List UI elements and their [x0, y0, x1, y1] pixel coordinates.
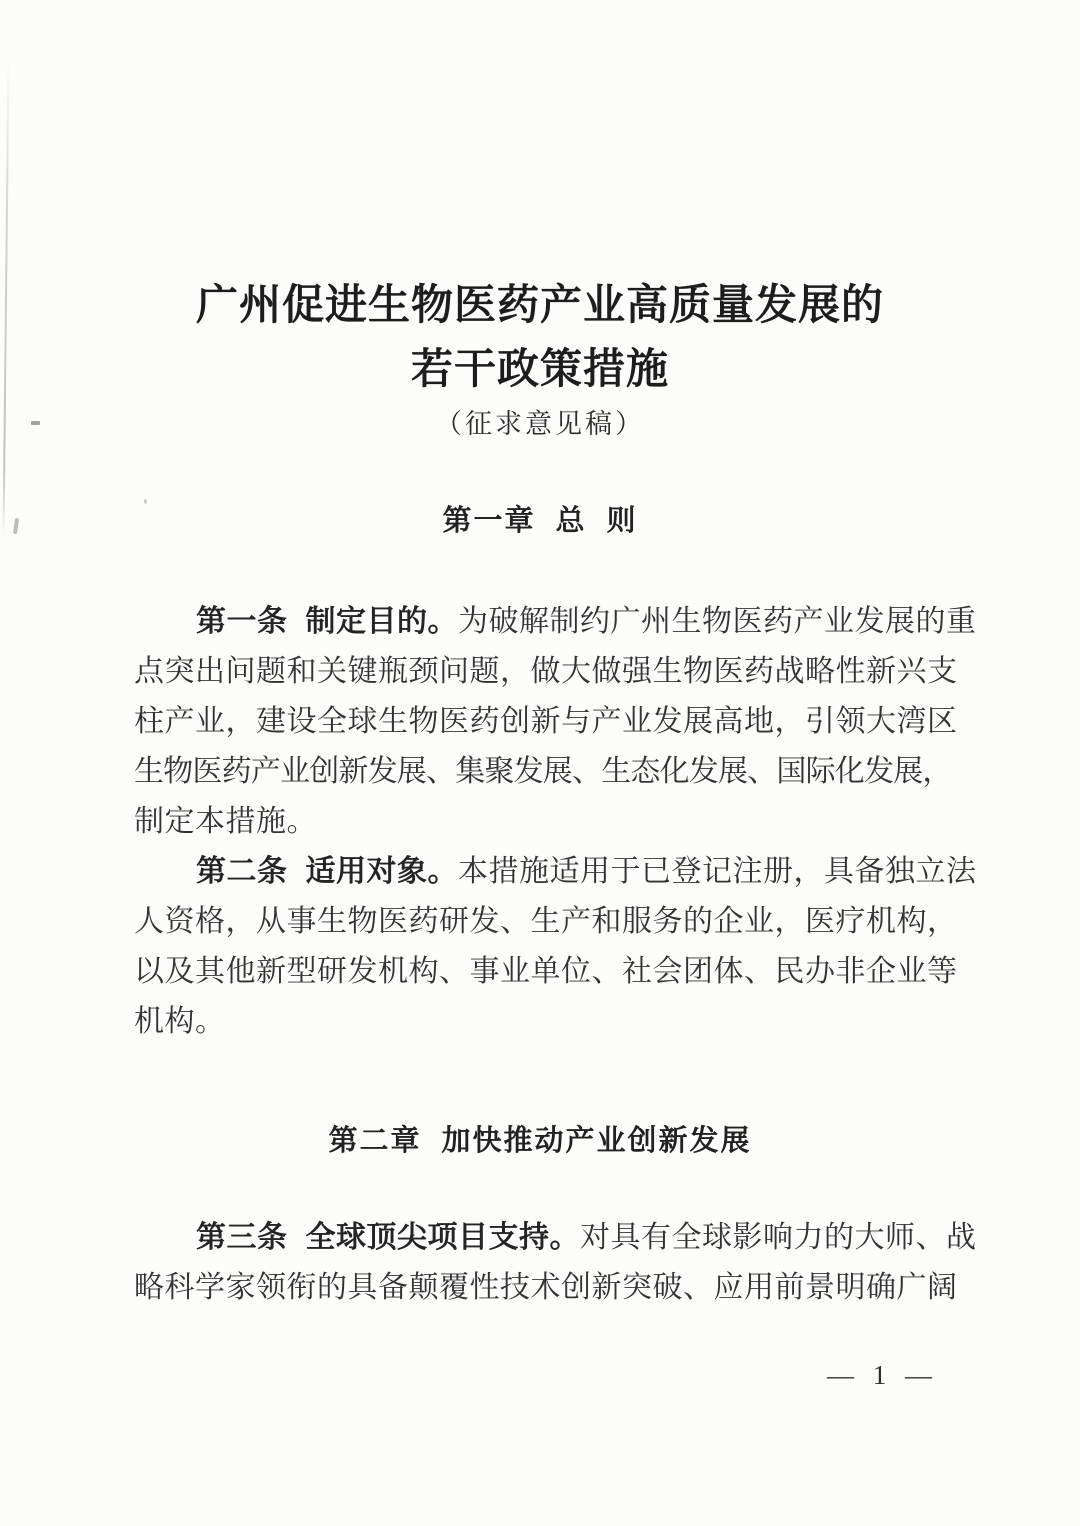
article-3-lead: 第三条 全球顶尖项目支持。	[196, 1221, 580, 1254]
page-number: — 1 —	[827, 1360, 938, 1391]
article-3-line-2: 略科学家领衔的具备颠覆性技术创新突破、应用前景明确广阔	[134, 1263, 952, 1313]
article-2-line-2: 人资格，从事生物医药研发、生产和服务的企业，医疗机构，	[134, 897, 952, 947]
chapter-2-heading: 第二章 加快推动产业创新发展	[0, 1118, 1080, 1159]
document-page: 广州促进生物医药产业高质量发展的 若干政策措施 （征求意见稿） 第一章 总 则 …	[0, 0, 1080, 1526]
document-subtitle: （征求意见稿）	[0, 402, 1080, 441]
document-body: 第一条 制定目的。为破解制约广州生物医药产业发展的重 点突出问题和关键瓶颈问题，…	[134, 597, 952, 1047]
article-1-line-5: 制定本措施。	[134, 797, 952, 847]
article-2: 第二条 适用对象。本措施适用于已登记注册，具备独立法 人资格，从事生物医药研发、…	[134, 847, 952, 1047]
article-2-line-1-text: 本措施适用于已登记注册，具备独立法	[458, 855, 977, 888]
article-1-line-2: 点突出问题和关键瓶颈问题，做大做强生物医药战略性新兴支	[134, 647, 952, 697]
article-1-line-4: 生物医药产业创新发展、集聚发展、生态化发展、国际化发展，	[134, 747, 952, 797]
article-2-line-1: 第二条 适用对象。本措施适用于已登记注册，具备独立法	[134, 847, 952, 897]
article-2-lead: 第二条 适用对象。	[196, 855, 458, 888]
chapter-1-heading: 第一章 总 则	[0, 498, 1080, 539]
document-body-continued: 第三条 全球顶尖项目支持。对具有全球影响力的大师、战 略科学家领衔的具备颠覆性技…	[134, 1213, 952, 1313]
article-1-lead: 第一条 制定目的。	[196, 605, 458, 638]
article-3: 第三条 全球顶尖项目支持。对具有全球影响力的大师、战 略科学家领衔的具备颠覆性技…	[134, 1213, 952, 1313]
article-1-line-1-text: 为破解制约广州生物医药产业发展的重	[458, 605, 977, 638]
article-2-line-4: 机构。	[134, 997, 952, 1047]
article-2-line-3: 以及其他新型研发机构、事业单位、社会团体、民办非企业等	[134, 947, 952, 997]
document-title-line-2: 若干政策措施	[0, 342, 1080, 398]
article-3-line-1: 第三条 全球顶尖项目支持。对具有全球影响力的大师、战	[134, 1213, 952, 1263]
document-title-line-1: 广州促进生物医药产业高质量发展的	[0, 278, 1080, 334]
article-1-line-3: 柱产业，建设全球生物医药创新与产业发展高地，引领大湾区	[134, 697, 952, 747]
article-3-line-1-text: 对具有全球影响力的大师、战	[580, 1221, 977, 1254]
article-1: 第一条 制定目的。为破解制约广州生物医药产业发展的重 点突出问题和关键瓶颈问题，…	[134, 597, 952, 847]
article-1-line-1: 第一条 制定目的。为破解制约广州生物医药产业发展的重	[134, 597, 952, 647]
